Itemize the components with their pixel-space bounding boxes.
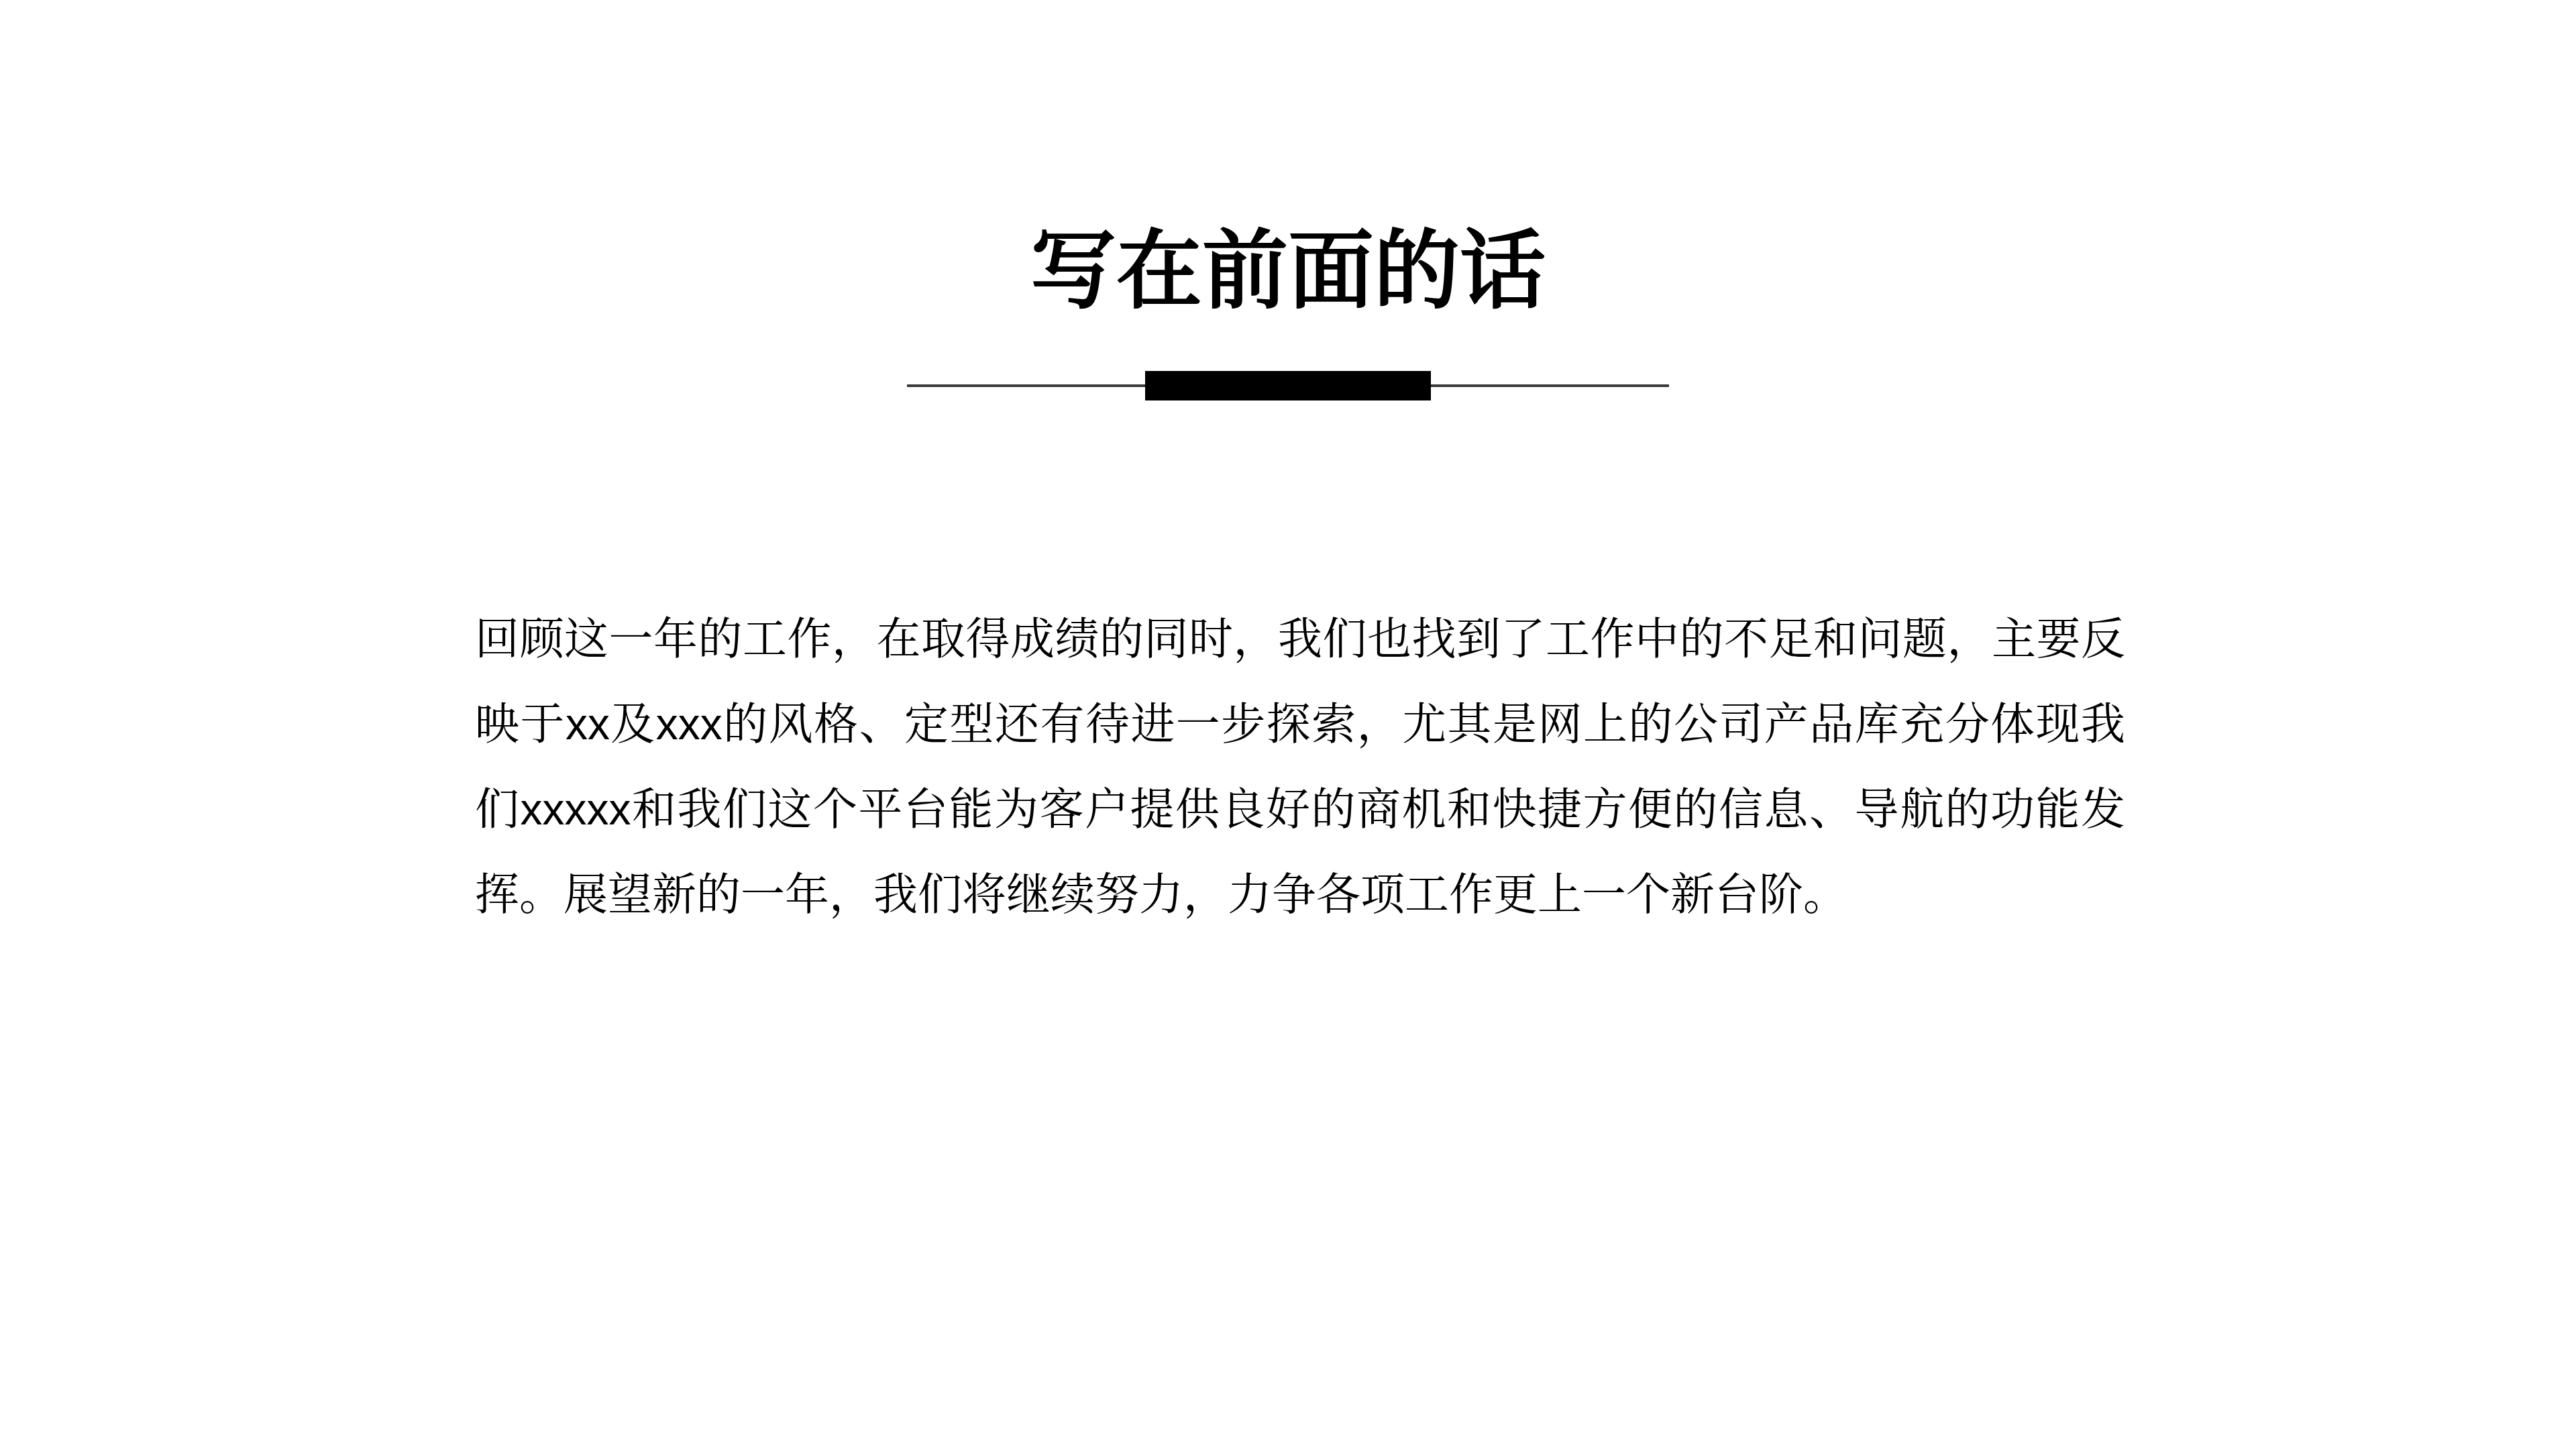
divider-accent-bar: [1145, 371, 1431, 400]
body-paragraph: 回顾这一年的工作，在取得成绩的同时，我们也找到了工作中的不足和问题，主要反映于x…: [475, 596, 2125, 937]
page-title: 写在前面的话: [0, 221, 2576, 322]
slide-canvas: 写在前面的话 回顾这一年的工作，在取得成绩的同时，我们也找到了工作中的不足和问题…: [0, 0, 2576, 1449]
title-divider: [907, 371, 1669, 400]
